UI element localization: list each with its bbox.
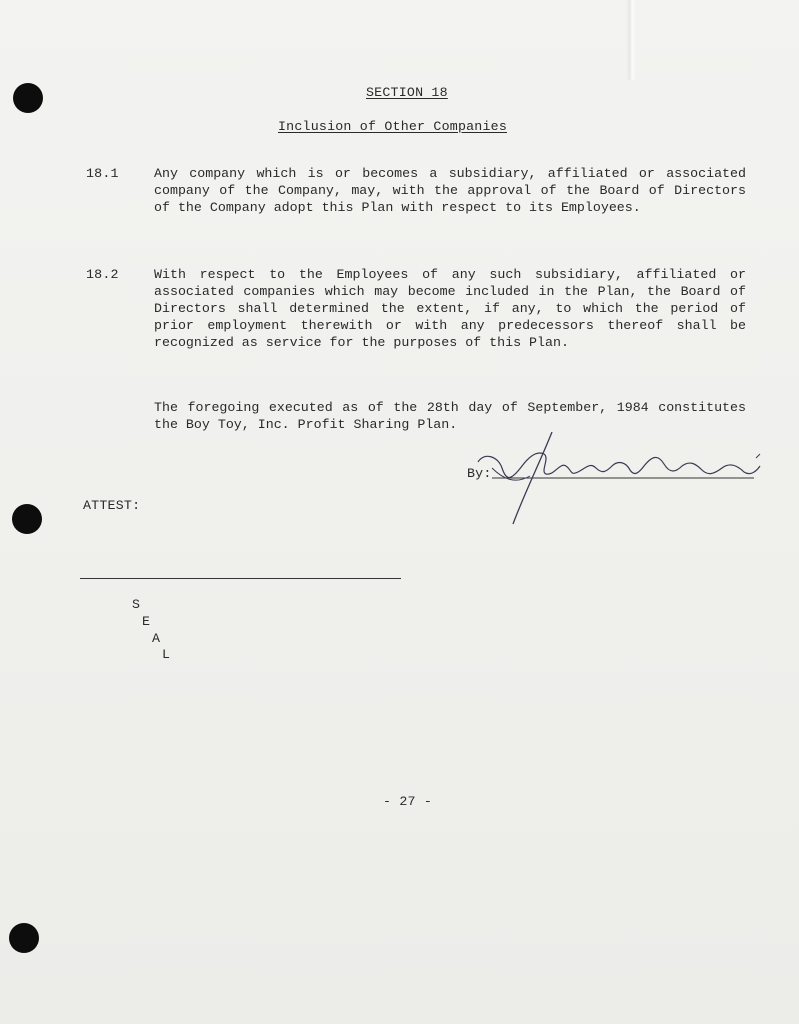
clause-number-18-1: 18.1 xyxy=(86,165,119,182)
clause-text-18-1: Any company which is or becomes a subsid… xyxy=(154,165,746,216)
attest-signature-line xyxy=(80,578,401,579)
seal-letter-a: A xyxy=(152,630,160,647)
punch-hole-top xyxy=(13,83,43,113)
section-heading: SECTION 18 xyxy=(366,84,448,101)
seal-letter-l: L xyxy=(162,646,170,663)
attest-label: ATTEST: xyxy=(83,497,140,514)
paper-crease xyxy=(626,0,636,80)
section-title: Inclusion of Other Companies xyxy=(278,118,507,135)
punch-hole-bottom xyxy=(9,923,39,953)
clause-number-18-2: 18.2 xyxy=(86,266,119,283)
punch-hole-middle xyxy=(12,504,42,534)
signature xyxy=(470,432,770,532)
seal-letter-s: S xyxy=(132,596,140,613)
document-page: SECTION 18 Inclusion of Other Companies … xyxy=(0,0,799,1024)
clause-text-18-2: With respect to the Employees of any suc… xyxy=(154,266,746,351)
seal-letter-e: E xyxy=(142,613,150,630)
page-number: - 27 - xyxy=(383,793,432,810)
execution-statement: The foregoing executed as of the 28th da… xyxy=(154,399,746,433)
